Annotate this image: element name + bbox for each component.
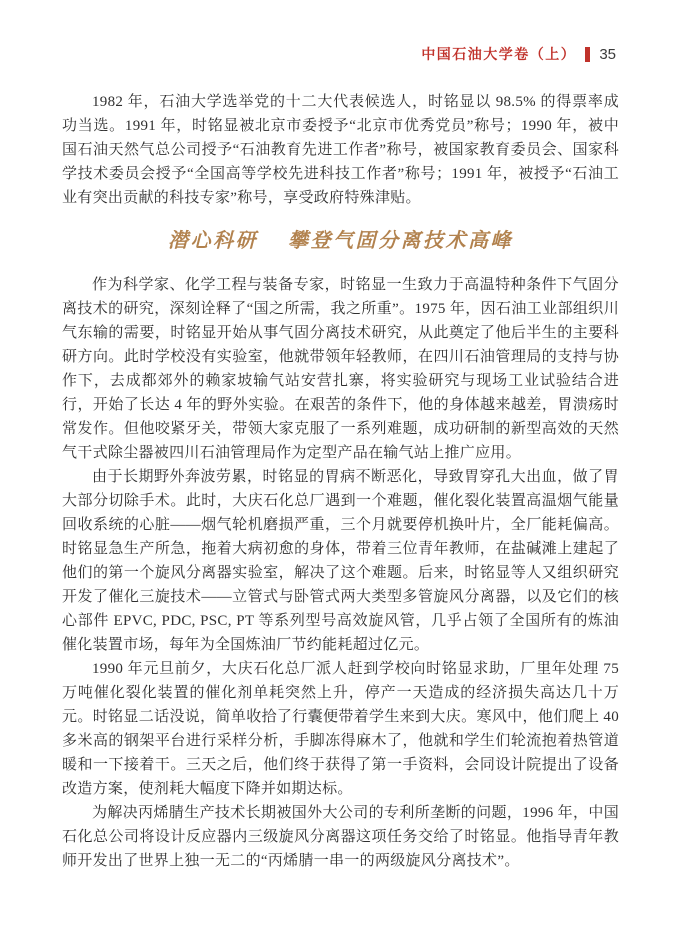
body-paragraph: 作为科学家、化学工程与装备专家，时铭显一生致力于高温特种条件下气固分离技术的研究… bbox=[62, 273, 619, 465]
document-page: 中国石油大学卷（上） 35 1982 年，石油大学选举党的十二大代表候选人，时铭… bbox=[0, 0, 680, 945]
body-paragraph: 为解决丙烯腈生产技术长期被国外大公司的专利所垄断的问题，1996 年，中国石化总… bbox=[62, 801, 619, 873]
body-paragraph: 由于长期野外奔波劳累，时铭显的胃病不断恶化，导致胃穿孔大出血，做了胃大部分切除手… bbox=[62, 465, 619, 657]
section-heading: 潜心科研攀登气固分离技术高峰 bbox=[62, 224, 619, 253]
body-paragraph: 1982 年，石油大学选举党的十二大代表候选人，时铭显以 98.5% 的得票率成… bbox=[62, 90, 619, 210]
running-header: 中国石油大学卷（上） 35 bbox=[421, 44, 616, 64]
section-heading-part1: 潜心科研 bbox=[168, 230, 258, 252]
text-block: 1982 年，石油大学选举党的十二大代表候选人，时铭显以 98.5% 的得票率成… bbox=[62, 90, 619, 873]
header-divider-bar-icon bbox=[585, 47, 590, 62]
book-title: 中国石油大学卷（上） bbox=[421, 44, 576, 64]
section-heading-part2: 攀登气固分离技术高峰 bbox=[288, 230, 513, 252]
page-number: 35 bbox=[599, 46, 616, 63]
body-paragraph: 1990 年元旦前夕，大庆石化总厂派人赶到学校向时铭显求助，厂里年处理 75 万… bbox=[62, 657, 619, 801]
